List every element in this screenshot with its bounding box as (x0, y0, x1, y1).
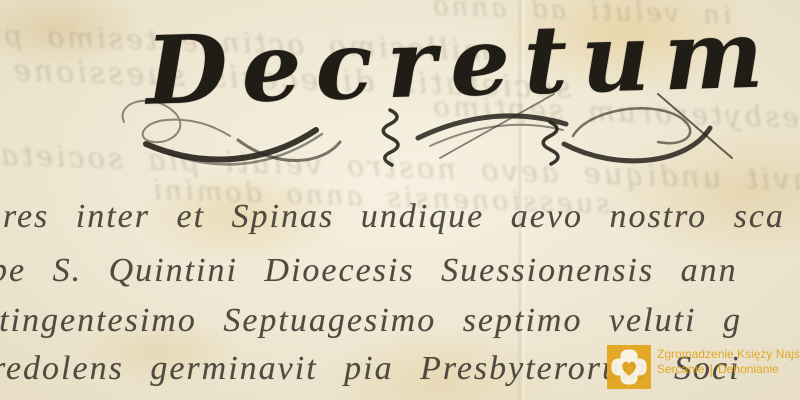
calligraphic-flourish (118, 92, 758, 192)
watermark-name-alt: Dehonianie (718, 362, 779, 376)
watermark-org-name: Zgromadzenie Księży Najświętsz (657, 347, 800, 362)
watermark-separator: | (709, 362, 713, 377)
manuscript-line: ctingentesimo Septuagesimo septimo velut… (0, 302, 742, 340)
sacred-heart-cross-logo-icon (607, 345, 651, 389)
watermark-name-pl: Sercanie (657, 362, 704, 376)
document-scan: in veluti ad anno millesimo octingentesi… (0, 0, 800, 400)
watermark: Zgromadzenie Księży Najświętsz Sercanie|… (607, 345, 800, 389)
manuscript-line: hres inter et Spinas undique aevo nostro… (0, 198, 785, 236)
watermark-subtitle: Sercanie|Dehonianie (657, 362, 800, 377)
watermark-text: Zgromadzenie Księży Najświętsz Sercanie|… (657, 345, 800, 377)
manuscript-line: be S. Quintini Dioecesis Suessionensis a… (0, 252, 738, 290)
